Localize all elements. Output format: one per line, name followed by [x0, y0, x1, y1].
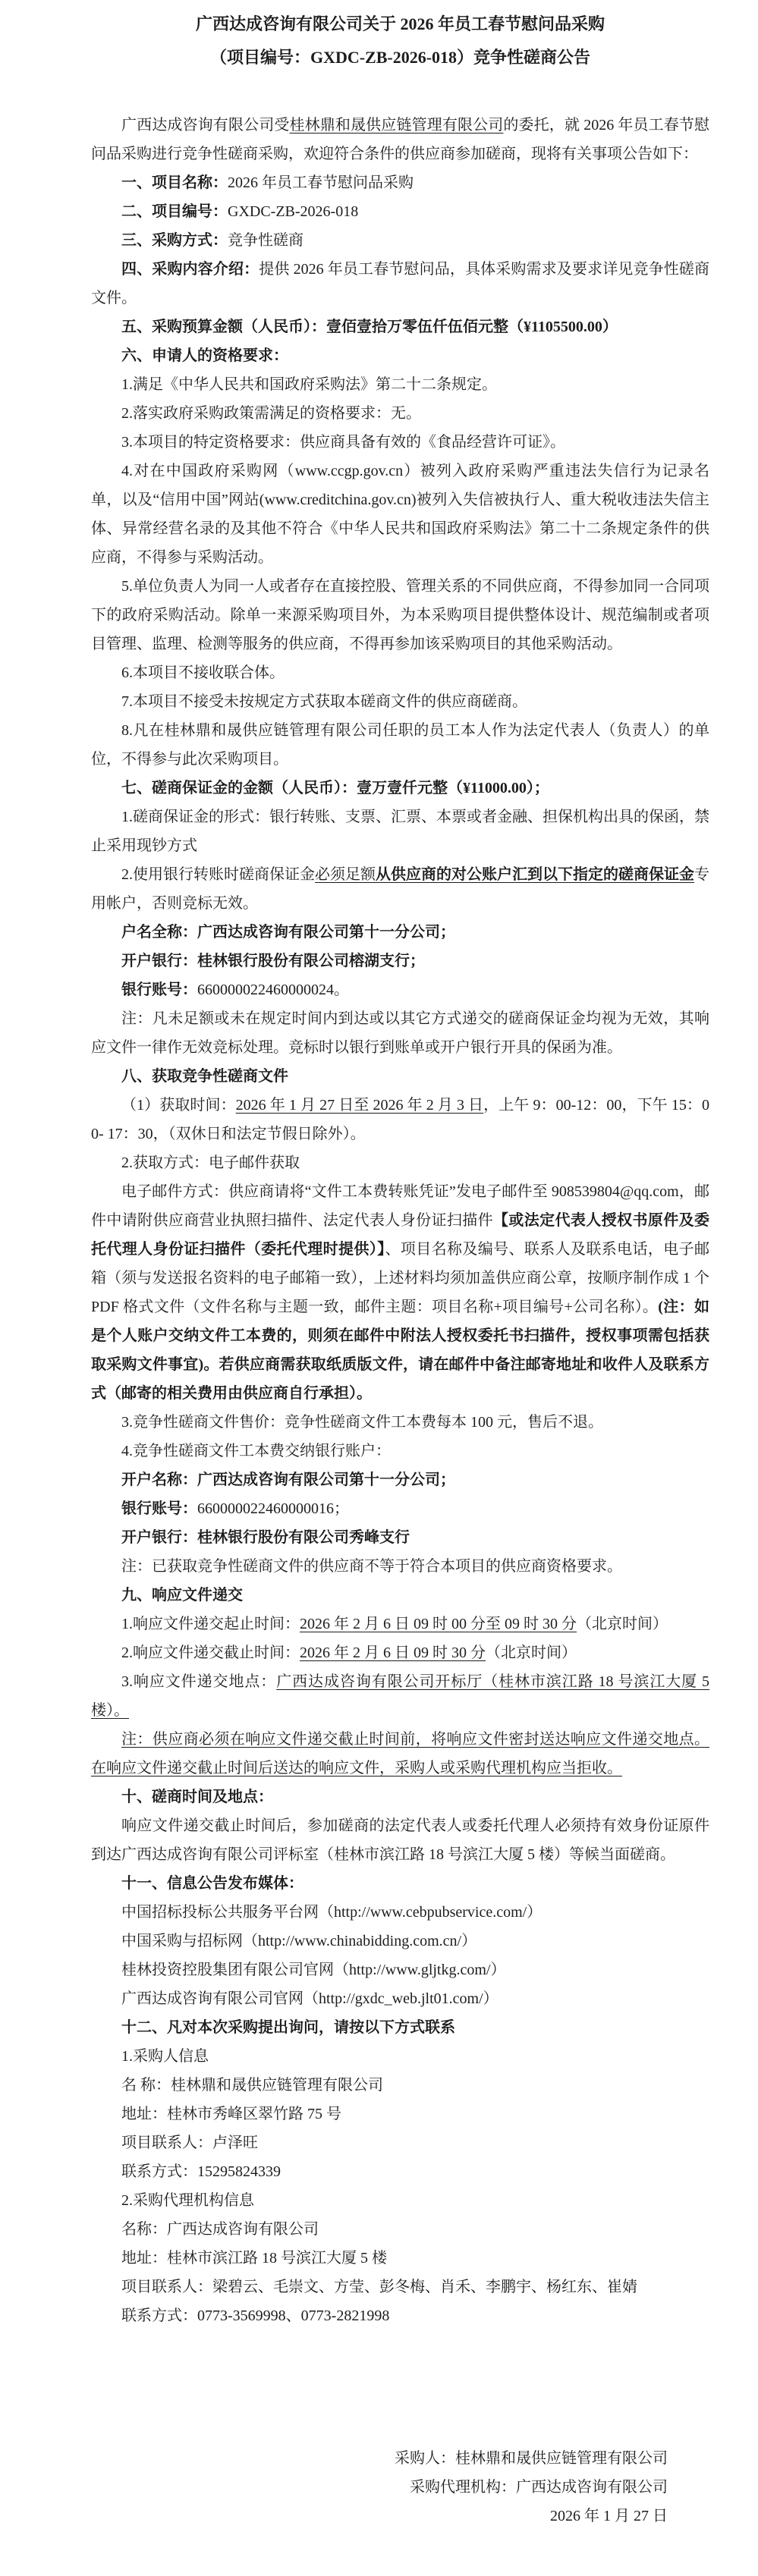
text-segment: 一、项目名称： [121, 174, 228, 191]
purchaser-contact-phone: 联系方式：15295824339 [91, 2157, 709, 2186]
purchaser-address: 地址：桂林市秀峰区翠竹路 75 号 [91, 2100, 709, 2128]
text-segment: 名称：广西达成咨询有限公司 [121, 2221, 319, 2238]
announcement-document-page: 广西达成咨询有限公司关于 2026 年员工春节慰问品采购（项目编号：GXDC-Z… [0, 0, 758, 2576]
clause-6-6: 6.本项目不接收联合体。 [91, 658, 709, 687]
purchaser-contact-person: 项目联系人：卢泽旺 [91, 2128, 709, 2157]
closing-date: 2026 年 1 月 27 日 [91, 2502, 709, 2530]
deposit-account-name: 户名全称：广西达成咨询有限公司第十一分公司； [91, 918, 709, 947]
text-segment: 2026 年 2 月 6 日 09 时 30 分 [300, 1645, 486, 1661]
section-11-heading: 十一、信息公告发布媒体： [91, 1869, 709, 1898]
clause-6-8: 8.凡在桂林鼎和晟供应链管理有限公司任职的员工本人作为法定代表人（负责人）的单位… [91, 716, 709, 774]
purchaser-info-heading: 1.采购人信息 [91, 2042, 709, 2071]
text-segment: 广西达成咨询有限公司受 [121, 117, 290, 134]
clause-8-3: 3.竞争性磋商文件售价：竞争性磋商文件工本费每本 100 元，售后不退。 [91, 1408, 709, 1437]
clause-9-3: 3.响应文件递交地点：广西达成咨询有限公司开标厅（桂林市滨江路 18 号滨江大厦… [91, 1667, 709, 1725]
text-segment: 开户银行：桂林银行股份有限公司秀峰支行 [121, 1529, 410, 1546]
section-4-content-intro: 四、采购内容介绍：提供 2026 年员工春节慰问品，具体采购需求及要求详见竞争性… [91, 255, 709, 313]
closing-agency: 采购代理机构：广西达成咨询有限公司 [91, 2473, 709, 2502]
text-segment: 2.落实政府采购政策需满足的资格要求：无。 [121, 405, 421, 422]
text-segment: 6.本项目不接收联合体。 [121, 664, 285, 681]
media-item-1: 中国招标投标公共服务平台网（http://www.cebpubservice.c… [91, 1898, 709, 1927]
text-segment: 桂林投资控股集团有限公司官网（http://www.gljtkg.com/） [121, 1962, 505, 1978]
section-5-budget: 五、采购预算金额（人民币）：壹佰壹拾万零伍仟伍佰元整（¥1105500.00） [91, 313, 709, 341]
clause-6-4: 4.对在中国政府采购网（www.ccgp.gov.cn）被列入政府采购严重违法失… [91, 457, 709, 572]
clause-7-2: 2.使用银行转账时磋商保证金必须足额从供应商的对公账户汇到以下指定的磋商保证金专… [91, 860, 709, 918]
text-segment: 银行账号： [121, 982, 197, 998]
deposit-bank: 开户银行：桂林银行股份有限公司榕湖支行； [91, 947, 709, 975]
clause-9-2: 2.响应文件递交截止时间：2026 年 2 月 6 日 09 时 30 分（北京… [91, 1638, 709, 1667]
text-segment: 联系方式：0773-3569998、0773-2821998 [121, 2307, 389, 2324]
section-7-heading: 七、磋商保证金的金额（人民币）：壹万壹仟元整（¥11000.00）； [91, 774, 709, 803]
text-segment: 地址：桂林市秀峰区翠竹路 75 号 [121, 2106, 341, 2122]
text-segment: 九、响应文件递交 [121, 1587, 243, 1604]
text-segment: 1.响应文件递交起止时间： [121, 1616, 300, 1632]
clause-6-1: 1.满足《中华人民共和国政府采购法》第二十二条规定。 [91, 370, 709, 399]
text-segment: 1.满足《中华人民共和国政府采购法》第二十二条规定。 [121, 376, 497, 393]
agency-contact-phone: 联系方式：0773-3569998、0773-2821998 [91, 2301, 709, 2330]
text-segment: 开户银行：桂林银行股份有限公司榕湖支行； [121, 953, 425, 969]
text-segment: 桂林鼎和晟供应链管理有限公司 [290, 117, 504, 134]
text-segment: GXDC-ZB-2026-018 [228, 203, 358, 220]
text-segment: 五、采购预算金额（人民币）：壹佰壹拾万零伍仟伍佰元整（¥1105500.00） [121, 319, 618, 335]
text-segment: 响应文件递交截止时间后，参加磋商的法定代表人或委托代理人必须持有效身份证原件到达… [91, 1817, 709, 1863]
intro-paragraph: 广西达成咨询有限公司受桂林鼎和晟供应链管理有限公司的委托，就 2026 年员工春… [91, 111, 709, 168]
purchaser-name: 名 称：桂林鼎和晟供应链管理有限公司 [91, 2071, 709, 2100]
agency-info-heading: 2.采购代理机构信息 [91, 2186, 709, 2215]
clause-6-7: 7.本项目不接受未按规定方式获取本磋商文件的供应商磋商。 [91, 687, 709, 716]
clause-9-1: 1.响应文件递交起止时间：2026 年 2 月 6 日 09 时 00 分至 0… [91, 1610, 709, 1638]
section-2-project-number: 二、项目编号：GXDC-ZB-2026-018 [91, 197, 709, 226]
text-segment: （项目编号：GXDC-ZB-2026-018）竞争性磋商公告 [210, 48, 590, 67]
text-segment: 2026 年 1 月 27 日 [550, 2508, 668, 2524]
text-segment: 5.单位负责人为同一人或者存在直接控股、管理关系的不同供应商，不得参加同一合同项… [91, 578, 709, 652]
text-segment: 7.本项目不接受未按规定方式获取本磋商文件的供应商磋商。 [121, 693, 527, 710]
text-segment: 1.采购人信息 [121, 2048, 209, 2065]
agency-contact-persons: 项目联系人：梁碧云、毛崇文、方莹、彭冬梅、肖禾、李鹏宇、杨红东、崔婧 [91, 2273, 709, 2301]
text-segment: 注：凡未足额或未在规定时间内到达或以其它方式递交的磋商保证金均视为无效，其响应文… [91, 1010, 709, 1056]
section-12-heading: 十二、凡对本次采购提出询问，请按以下方式联系 [91, 2013, 709, 2042]
document-body: 广西达成咨询有限公司关于 2026 年员工春节慰问品采购（项目编号：GXDC-Z… [91, 8, 709, 2530]
text-segment: 从供应商的对公账户汇到以下指定的磋商保证金 [376, 866, 694, 883]
agency-address: 地址：桂林市滨江路 18 号滨江大厦 5 楼 [91, 2244, 709, 2273]
text-segment: 660000022460000024。 [197, 982, 349, 998]
text-segment: 1.磋商保证金的形式：银行转账、支票、汇票、本票或者金融、担保机构出具的保函，禁… [91, 809, 709, 854]
text-segment: 十、磋商时间及地点： [121, 1789, 273, 1805]
text-segment: 4.对在中国政府采购网（www.ccgp.gov.cn）被列入政府采购严重违法失… [91, 463, 709, 566]
text-segment: 3.本项目的特定资格要求：供应商具备有效的《食品经营许可证》。 [121, 434, 565, 451]
text-segment: 名 称：桂林鼎和晟供应链管理有限公司 [121, 2077, 383, 2094]
text-segment: 2.使用银行转账时磋商保证金 [121, 866, 315, 883]
text-segment: 项目联系人：梁碧云、毛崇文、方莹、彭冬梅、肖禾、李鹏宇、杨红东、崔婧 [121, 2279, 637, 2295]
note-section-9: 注：供应商必须在响应文件递交截止时间前，将响应文件密封送达响应文件递交地点。在响… [91, 1725, 709, 1783]
text-segment: 地址：桂林市滨江路 18 号滨江大厦 5 楼 [121, 2250, 387, 2267]
text-segment: 广西达成咨询有限公司官网（http://gxdc_web.jlt01.com/） [121, 1990, 499, 2007]
text-segment: 联系方式：15295824339 [121, 2163, 281, 2180]
clause-8-1: （1）获取时间：2026 年 1 月 27 日至 2026 年 2 月 3 日，… [91, 1091, 709, 1148]
clause-8-2-detail: 电子邮件方式：供应商请将“文件工本费转账凭证”发电子邮件至 908539804@… [91, 1177, 709, 1408]
clause-10-1: 响应文件递交截止时间后，参加磋商的法定代表人或委托代理人必须持有效身份证原件到达… [91, 1811, 709, 1869]
text-segment: 开户名称：广西达成咨询有限公司第十一分公司； [121, 1472, 455, 1488]
fee-account-name: 开户名称：广西达成咨询有限公司第十一分公司； [91, 1465, 709, 1494]
note-section-8: 注：已获取竞争性磋商文件的供应商不等于符合本项目的供应商资格要求。 [91, 1552, 709, 1581]
text-segment: 采购代理机构：广西达成咨询有限公司 [410, 2479, 668, 2496]
text-segment: 2026 年员工春节慰问品采购 [228, 174, 414, 191]
text-segment: 四、采购内容介绍： [121, 261, 259, 278]
text-segment: 二、项目编号： [121, 203, 228, 220]
text-segment: 广西达成咨询有限公司关于 2026 年员工春节慰问品采购 [196, 14, 605, 33]
text-segment: 注：供应商必须在响应文件递交截止时间前，将响应文件密封送达响应文件递交地点。在响… [91, 1731, 709, 1776]
media-item-4: 广西达成咨询有限公司官网（http://gxdc_web.jlt01.com/） [91, 1984, 709, 2013]
text-segment: 中国招标投标公共服务平台网（http://www.cebpubservice.c… [121, 1904, 542, 1921]
media-item-2: 中国采购与招标网（http://www.chinabidding.com.cn/… [91, 1927, 709, 1956]
text-segment: 项目联系人：卢泽旺 [121, 2135, 258, 2151]
note-section-7: 注：凡未足额或未在规定时间内到达或以其它方式递交的磋商保证金均视为无效，其响应文… [91, 1004, 709, 1062]
text-segment: 3.响应文件递交地点： [121, 1673, 276, 1690]
section-8-heading: 八、获取竞争性磋商文件 [91, 1062, 709, 1091]
text-segment: 2026 年 2 月 6 日 09 时 00 分至 09 时 30 分 [300, 1616, 577, 1632]
text-segment: 三、采购方式： [121, 232, 228, 249]
section-10-heading: 十、磋商时间及地点： [91, 1783, 709, 1811]
text-segment: 必须足额 [315, 866, 376, 883]
text-segment: 竞争性磋商 [228, 232, 304, 249]
section-9-heading: 九、响应文件递交 [91, 1581, 709, 1610]
text-segment: 660000022460000016； [197, 1500, 349, 1517]
agency-name: 名称：广西达成咨询有限公司 [91, 2215, 709, 2244]
section-3-procurement-method: 三、采购方式：竞争性磋商 [91, 226, 709, 255]
text-segment: 2.采购代理机构信息 [121, 2192, 254, 2209]
section-6-heading: 六、申请人的资格要求： [91, 341, 709, 370]
text-segment: 十二、凡对本次采购提出询问，请按以下方式联系 [121, 2019, 455, 2036]
text-segment: 3.竞争性磋商文件售价：竞争性磋商文件工本费每本 100 元，售后不退。 [121, 1414, 603, 1431]
text-segment: 七、磋商保证金的金额（人民币）：壹万壹仟元整（¥11000.00）； [121, 780, 549, 796]
clause-8-4: 4.竞争性磋商文件工本费交纳银行账户： [91, 1437, 709, 1465]
text-segment: 六、申请人的资格要求： [121, 347, 288, 364]
text-segment: 2.响应文件递交截止时间： [121, 1645, 300, 1661]
text-segment: 4.竞争性磋商文件工本费交纳银行账户： [121, 1443, 391, 1459]
text-segment: 中国采购与招标网（http://www.chinabidding.com.cn/… [121, 1933, 477, 1949]
text-segment: 8.凡在桂林鼎和晟供应链管理有限公司任职的员工本人作为法定代表人（负责人）的单位… [91, 722, 709, 768]
clause-8-2: 2.获取方式：电子邮件获取 [91, 1148, 709, 1177]
section-1-project-name: 一、项目名称：2026 年员工春节慰问品采购 [91, 168, 709, 197]
clause-7-1: 1.磋商保证金的形式：银行转账、支票、汇票、本票或者金融、担保机构出具的保函，禁… [91, 803, 709, 860]
text-segment: 2026 年 1 月 27 日至 2026 年 2 月 3 日 [236, 1097, 483, 1114]
text-segment: 2.获取方式：电子邮件获取 [121, 1154, 300, 1171]
closing-purchaser: 采购人：桂林鼎和晟供应链管理有限公司 [91, 2444, 709, 2473]
clause-6-3: 3.本项目的特定资格要求：供应商具备有效的《食品经营许可证》。 [91, 428, 709, 457]
clause-6-5: 5.单位负责人为同一人或者存在直接控股、管理关系的不同供应商，不得参加同一合同项… [91, 572, 709, 658]
doc-title-line-2: （项目编号：GXDC-ZB-2026-018）竞争性磋商公告 [91, 41, 709, 74]
clause-6-2: 2.落实政府采购政策需满足的资格要求：无。 [91, 399, 709, 428]
text-segment: 户名全称：广西达成咨询有限公司第十一分公司； [121, 924, 455, 941]
fee-bank: 开户银行：桂林银行股份有限公司秀峰支行 [91, 1523, 709, 1552]
text-segment: 银行账号： [121, 1500, 197, 1517]
text-segment: （1）获取时间： [121, 1097, 236, 1114]
text-segment: 注：已获取竞争性磋商文件的供应商不等于符合本项目的供应商资格要求。 [121, 1558, 622, 1575]
text-segment: 十一、信息公告发布媒体： [121, 1875, 304, 1892]
fee-account-number: 银行账号：660000022460000016； [91, 1494, 709, 1523]
text-segment: （北京时间） [577, 1616, 668, 1632]
deposit-account-number: 银行账号：660000022460000024。 [91, 975, 709, 1004]
media-item-3: 桂林投资控股集团有限公司官网（http://www.gljtkg.com/） [91, 1956, 709, 1984]
text-segment: 八、获取竞争性磋商文件 [121, 1068, 288, 1085]
text-segment: 采购人：桂林鼎和晟供应链管理有限公司 [395, 2450, 668, 2467]
text-segment: （北京时间） [486, 1645, 577, 1661]
doc-title-line-1: 广西达成咨询有限公司关于 2026 年员工春节慰问品采购 [91, 8, 709, 41]
